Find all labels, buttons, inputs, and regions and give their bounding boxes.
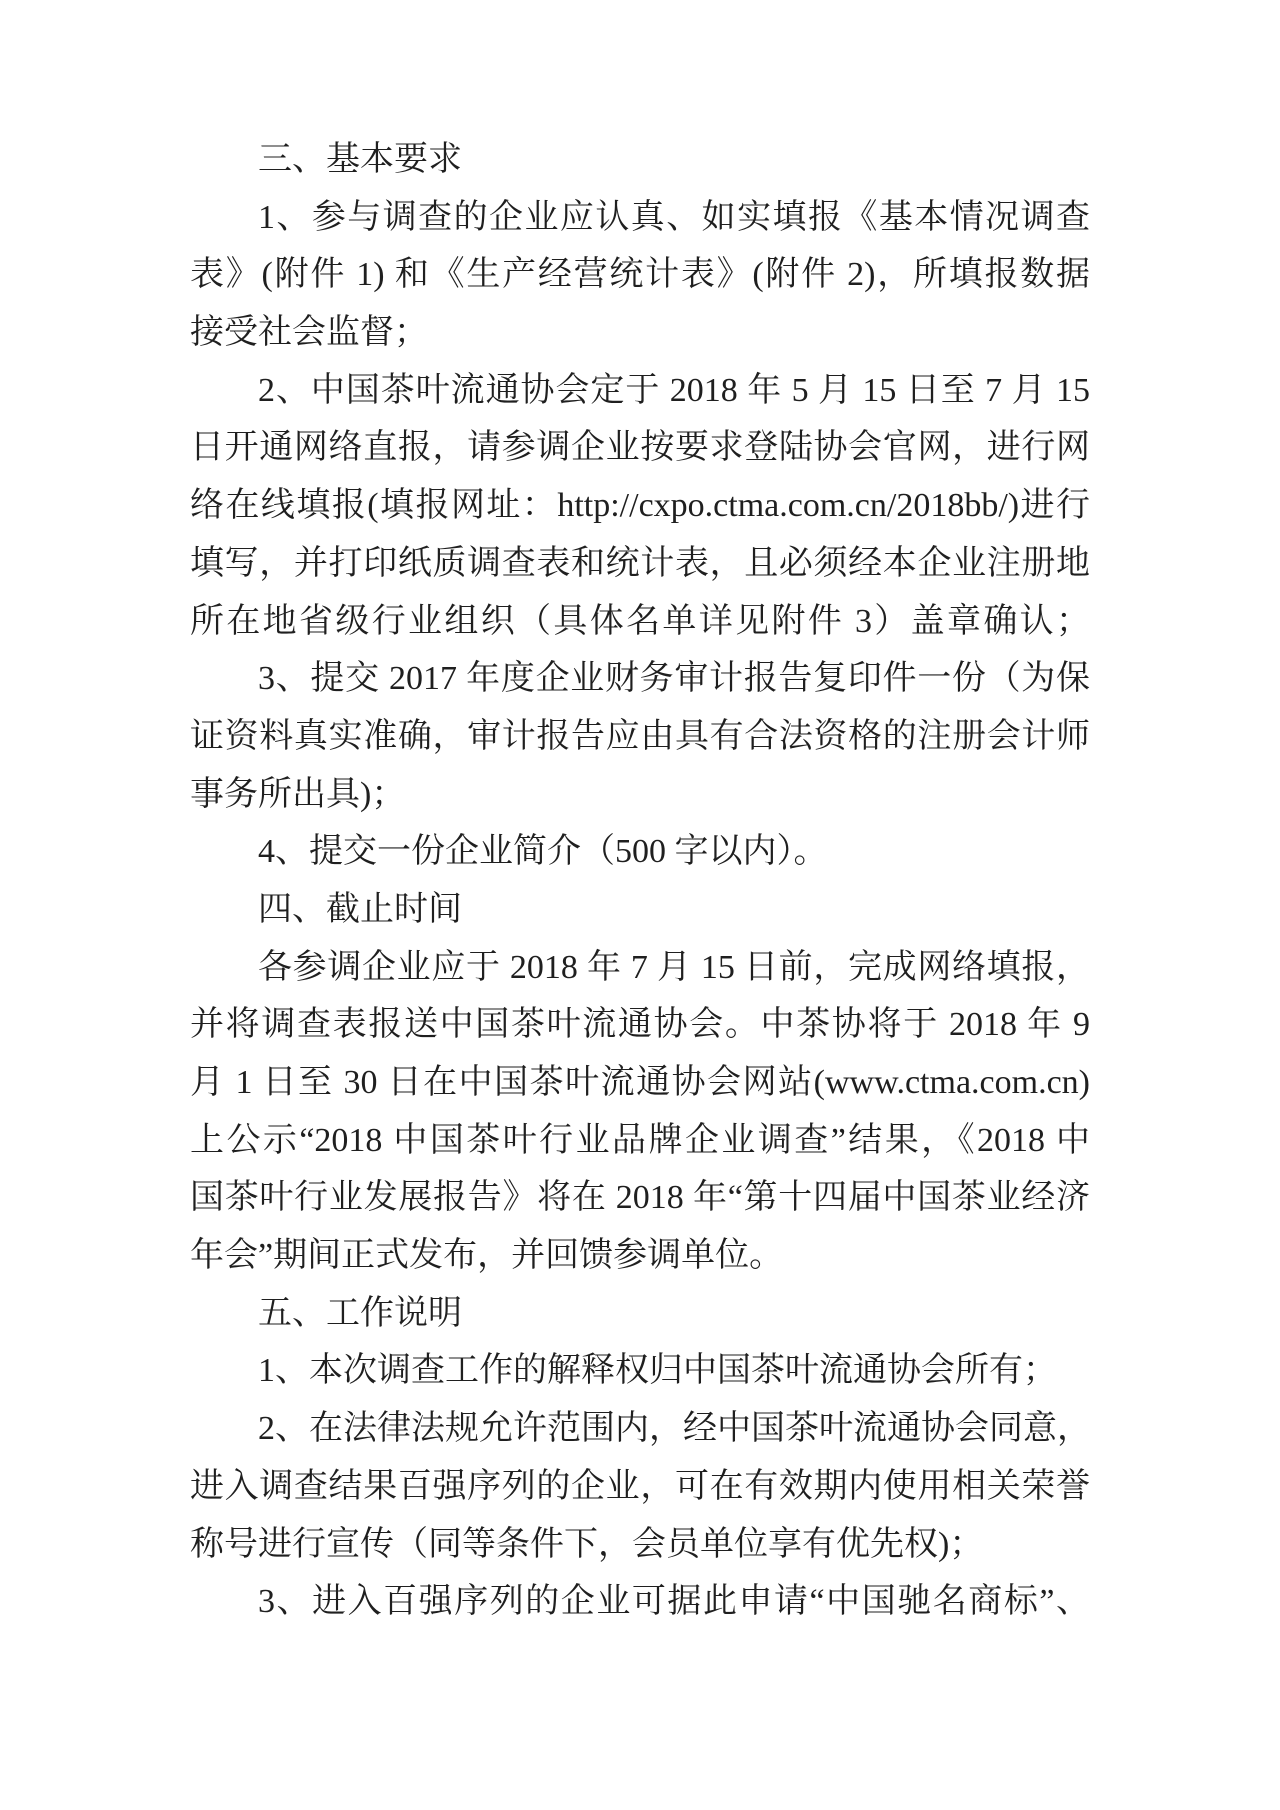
text-line: 4、提交一份企业简介（500 字以内）。 xyxy=(190,823,1090,881)
text-line: 1、本次调查工作的解释权归中国茶叶流通协会所有； xyxy=(190,1342,1090,1400)
text-line: 所在地省级行业组织（具体名单详见附件 3）盖章确认； xyxy=(190,593,1090,651)
text-line: 络在线填报(填报网址：http://cxpo.ctma.com.cn/2018b… xyxy=(190,477,1090,535)
text-line: 日开通网络直报，请参调企业按要求登陆协会官网，进行网 xyxy=(190,419,1090,477)
text-line: 2、在法律法规允许范围内，经中国茶叶流通协会同意， xyxy=(190,1400,1090,1458)
document-body: 三、基本要求1、参与调查的企业应认真、如实填报《基本情况调查表》(附件 1) 和… xyxy=(190,131,1090,1631)
text-line: 月 1 日至 30 日在中国茶叶流通协会网站(www.ctma.com.cn) xyxy=(190,1054,1090,1112)
text-line: 上公示“2018 中国茶叶行业品牌企业调查”结果，《2018 中 xyxy=(190,1112,1090,1170)
text-line: 称号进行宣传（同等条件下，会员单位享有优先权)； xyxy=(190,1516,1090,1574)
heading-section-5: 五、工作说明 xyxy=(190,1285,1090,1343)
text-line: 填写，并打印纸质调查表和统计表，且必须经本企业注册地 xyxy=(190,535,1090,593)
text-line: 接受社会监督； xyxy=(190,304,1090,362)
text-line: 国茶叶行业发展报告》将在 2018 年“第十四届中国茶业经济 xyxy=(190,1169,1090,1227)
text-line: 并将调查表报送中国茶叶流通协会。中茶协将于 2018 年 9 xyxy=(190,996,1090,1054)
text-line: 证资料真实准确，审计报告应由具有合法资格的注册会计师 xyxy=(190,708,1090,766)
text-line: 3、进入百强序列的企业可据此申请“中国驰名商标”、 xyxy=(190,1573,1090,1631)
text-line: 进入调查结果百强序列的企业，可在有效期内使用相关荣誉 xyxy=(190,1458,1090,1516)
text-line: 表》(附件 1) 和《生产经营统计表》(附件 2)，所填报数据 xyxy=(190,246,1090,304)
text-line: 年会”期间正式发布，并回馈参调单位。 xyxy=(190,1227,1090,1285)
document-page: 三、基本要求1、参与调查的企业应认真、如实填报《基本情况调查表》(附件 1) 和… xyxy=(0,0,1280,1810)
text-line: 3、提交 2017 年度企业财务审计报告复印件一份（为保 xyxy=(190,650,1090,708)
text-line: 2、中国茶叶流通协会定于 2018 年 5 月 15 日至 7 月 15 xyxy=(190,362,1090,420)
text-line: 1、参与调查的企业应认真、如实填报《基本情况调查 xyxy=(190,189,1090,247)
text-line: 各参调企业应于 2018 年 7 月 15 日前，完成网络填报， xyxy=(190,939,1090,997)
heading-section-3: 三、基本要求 xyxy=(190,131,1090,189)
heading-section-4: 四、截止时间 xyxy=(190,881,1090,939)
text-line: 事务所出具)； xyxy=(190,766,1090,824)
